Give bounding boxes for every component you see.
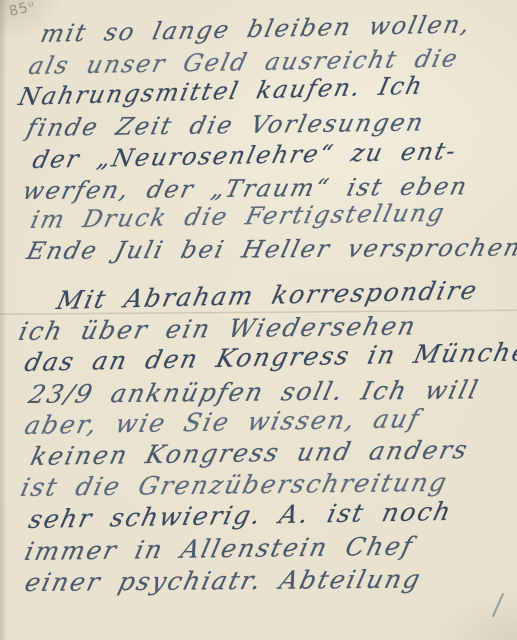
- handwritten-line: einer psychiatr. Abteilung: [22, 564, 425, 597]
- handwritten-line: keinen Kongress und anders: [28, 435, 472, 471]
- handwritten-line: der „Neurosenlehre“ zu ent-: [30, 137, 460, 174]
- handwritten-line: Ende Juli bei Heller versprochen: [24, 234, 517, 265]
- handwritten-line: ist die Grenzüberschreitung: [18, 468, 451, 502]
- handwritten-line: mit so lange bleiben wollen,: [38, 10, 474, 48]
- handwritten-line: finde Zeit die Vorlesungen: [24, 108, 428, 142]
- manuscript-page: 85ᵘ mit so lange bleiben wollen, als uns…: [0, 0, 517, 640]
- scan-edge-shadow: [0, 0, 7, 640]
- handwritten-line: sehr schwierig. A. ist noch: [26, 497, 455, 534]
- handwritten-line: aber, wie Sie wissen, auf: [22, 404, 424, 440]
- folio-number-pencil: 85ᵘ: [7, 0, 37, 20]
- handwritten-line: im Druck die Fertigstellung: [28, 199, 449, 234]
- ink-flourish: [492, 593, 504, 618]
- handwritten-line: immer in Allenstein Chef: [22, 531, 417, 566]
